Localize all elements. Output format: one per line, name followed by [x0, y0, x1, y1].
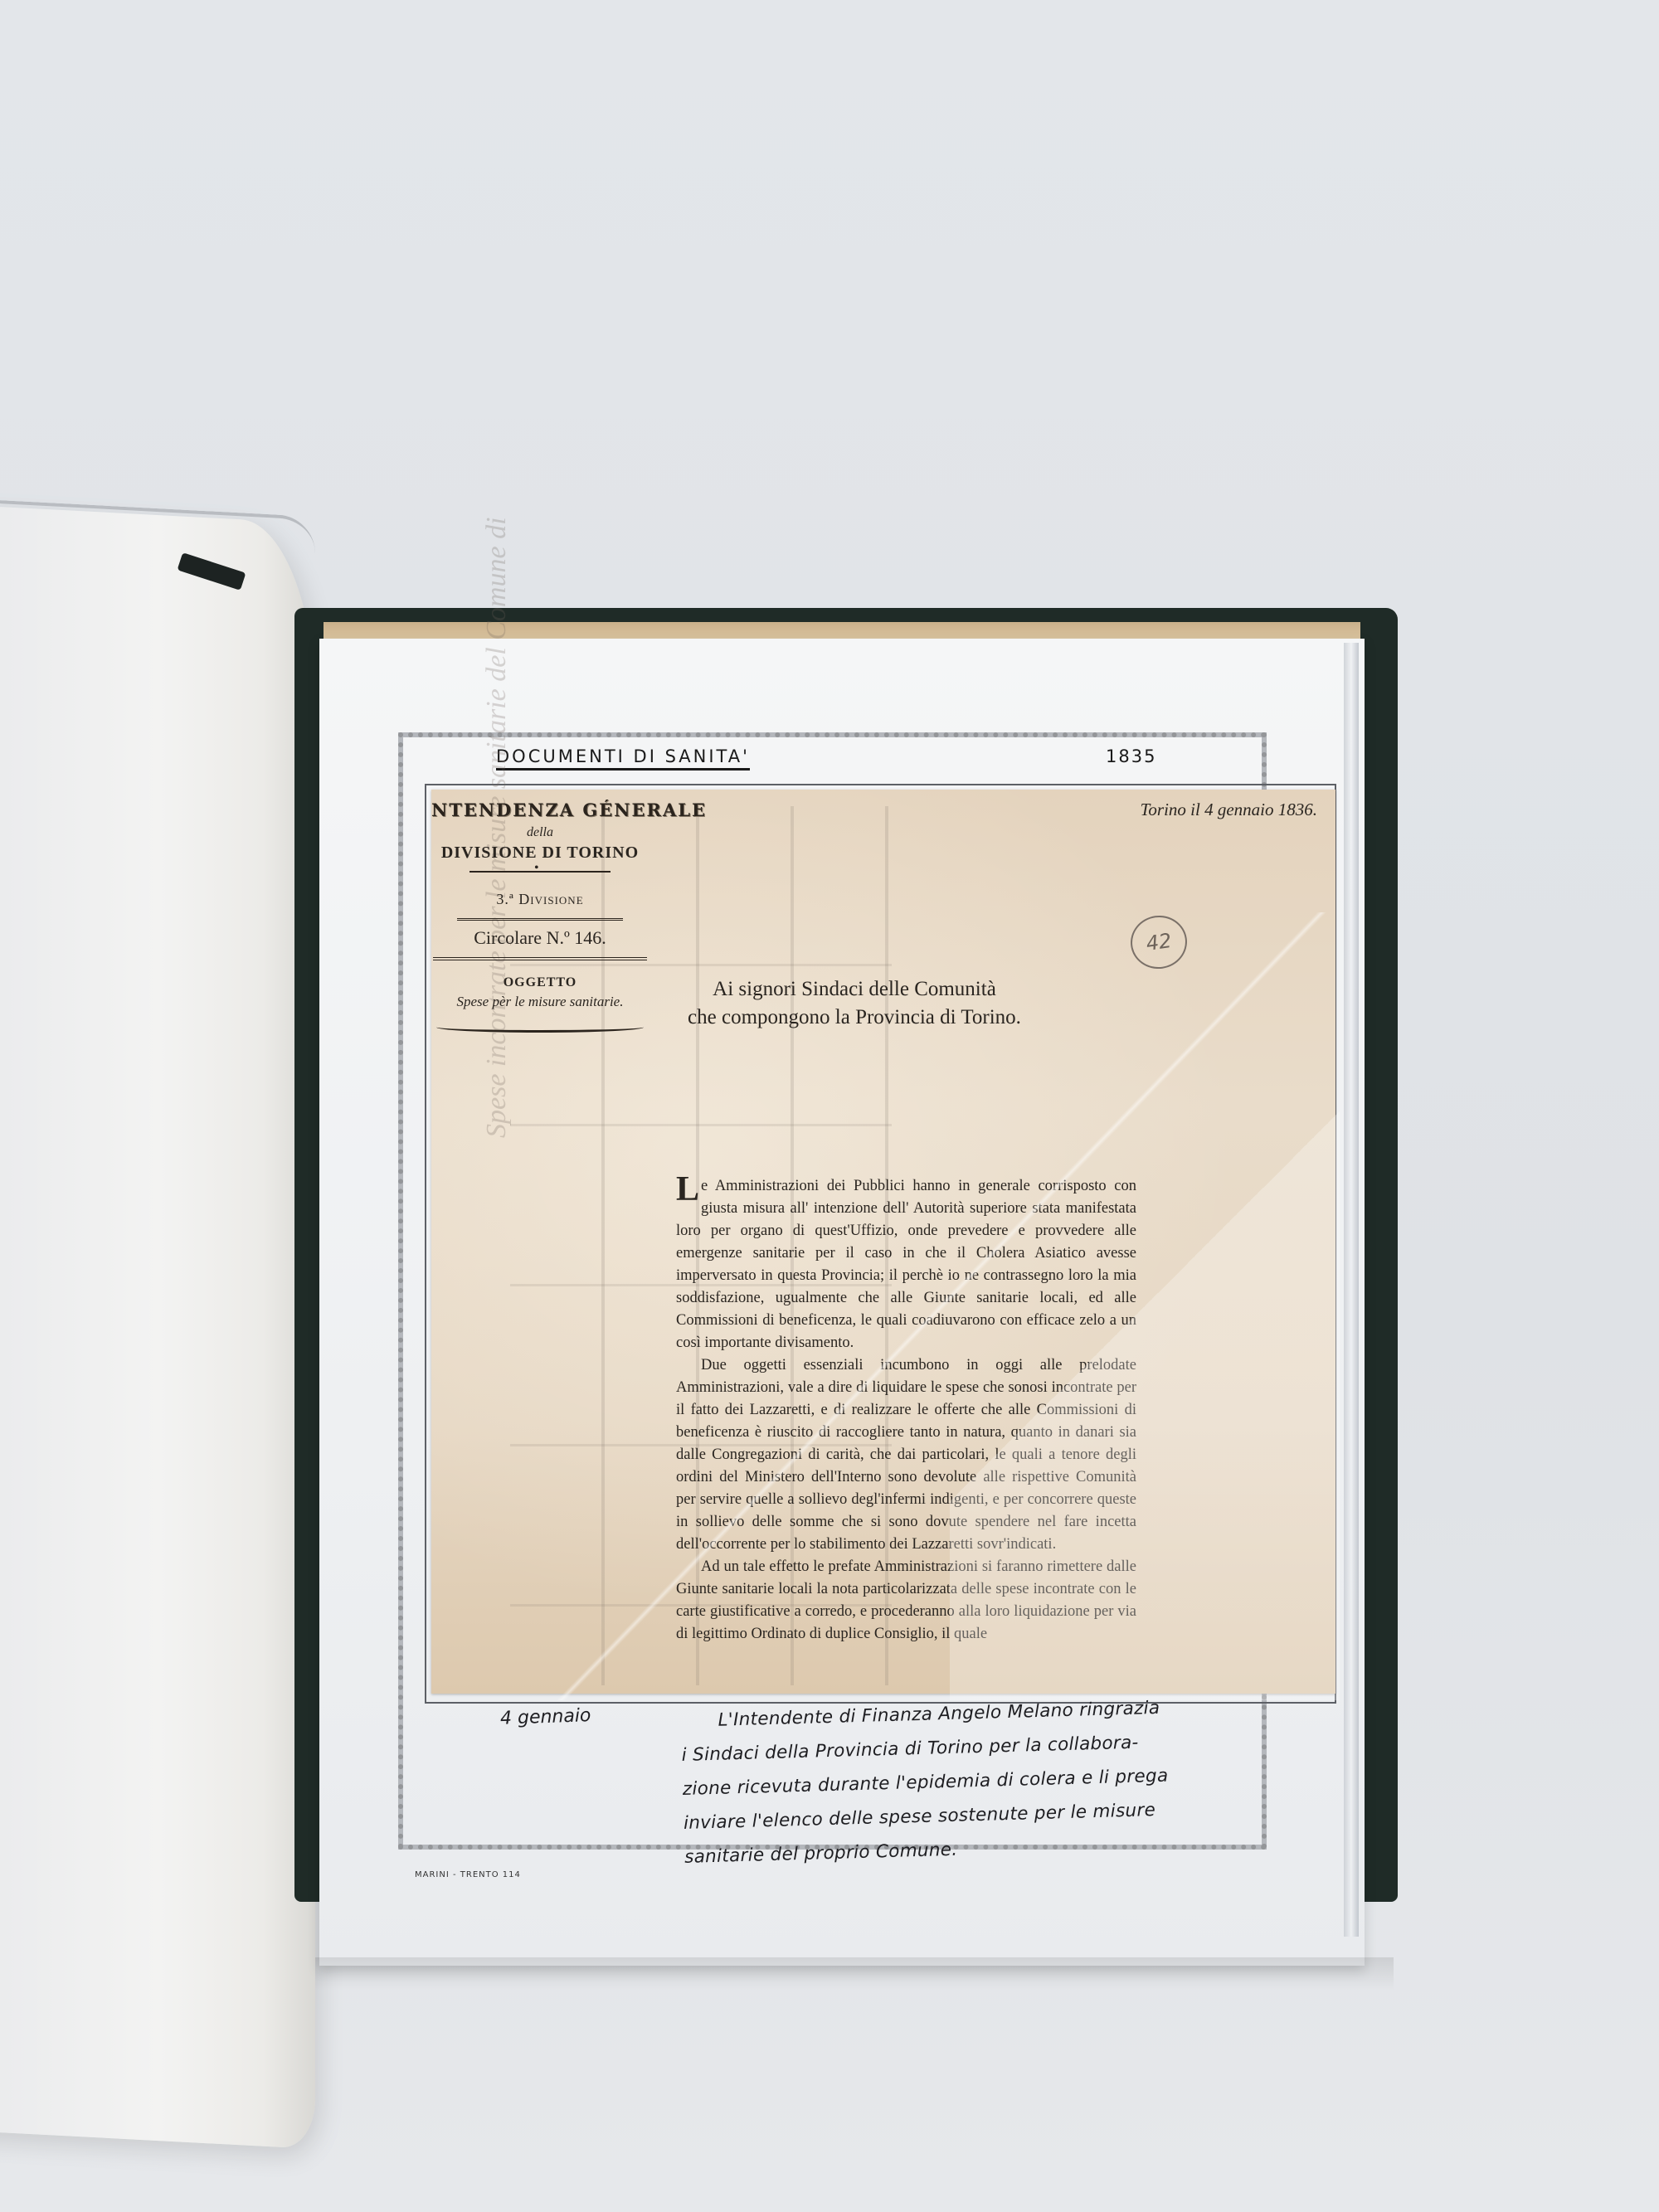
divider — [457, 918, 623, 921]
subject-label: OGGETTO — [431, 975, 649, 990]
historic-circular-document: Spese incontrate per le misure sanitarie… — [431, 790, 1335, 1694]
binder-shadow — [315, 1957, 1394, 1991]
handwritten-date: 4 gennaio — [500, 1705, 591, 1729]
archive-number-stamp: 42 — [1127, 912, 1190, 973]
album-page-title: DOCUMENTI DI SANITA' — [496, 746, 750, 771]
paragraph-2: Due oggetti essenziali incumbono in oggi… — [676, 1354, 1136, 1556]
brace-ornament-icon — [436, 1022, 644, 1033]
publisher-imprint: MARINI - TRENTO 114 — [415, 1870, 521, 1879]
paragraph-3: Ad un tale effetto le prefate Amministra… — [676, 1556, 1136, 1646]
subject-text: Spese pèr le misure sanitarie. — [431, 994, 649, 1010]
drop-cap: L — [676, 1175, 699, 1203]
letterhead-della: della — [431, 825, 649, 840]
letterhead: NTENDENZA GÉNERALE della DIVISIONE DI TO… — [431, 800, 649, 1033]
letterhead-subdivision: 3.ª Divisione — [431, 891, 649, 908]
divider — [433, 957, 647, 960]
letterhead-title: NTENDENZA GÉNERALE — [431, 800, 649, 820]
addressee-line-2: che compongono la Provincia di Torino. — [622, 1004, 1087, 1032]
document-body: Le Amministrazioni dei Pubblici hanno in… — [676, 1175, 1136, 1646]
addressee: Ai signori Sindaci delle Comunità che co… — [622, 975, 1087, 1032]
left-album-page[interactable] — [0, 505, 315, 2149]
paragraph-1: Le Amministrazioni dei Pubblici hanno in… — [676, 1175, 1136, 1354]
letterhead-division-name: DIVISIONE DI TORINO — [431, 843, 649, 863]
addressee-line-1: Ai signori Sindaci delle Comunità — [622, 975, 1087, 1004]
circular-number: Circolare N.º 146. — [431, 927, 649, 949]
ornament-rule-icon — [469, 871, 611, 878]
document-date: Torino il 4 gennaio 1836. — [1141, 800, 1317, 820]
handwritten-caption: L'Intendente di Finanza Angelo Melano ri… — [680, 1688, 1265, 1874]
protective-sleeve-edge — [1344, 643, 1359, 1937]
album-page-year: 1835 — [1106, 746, 1156, 766]
